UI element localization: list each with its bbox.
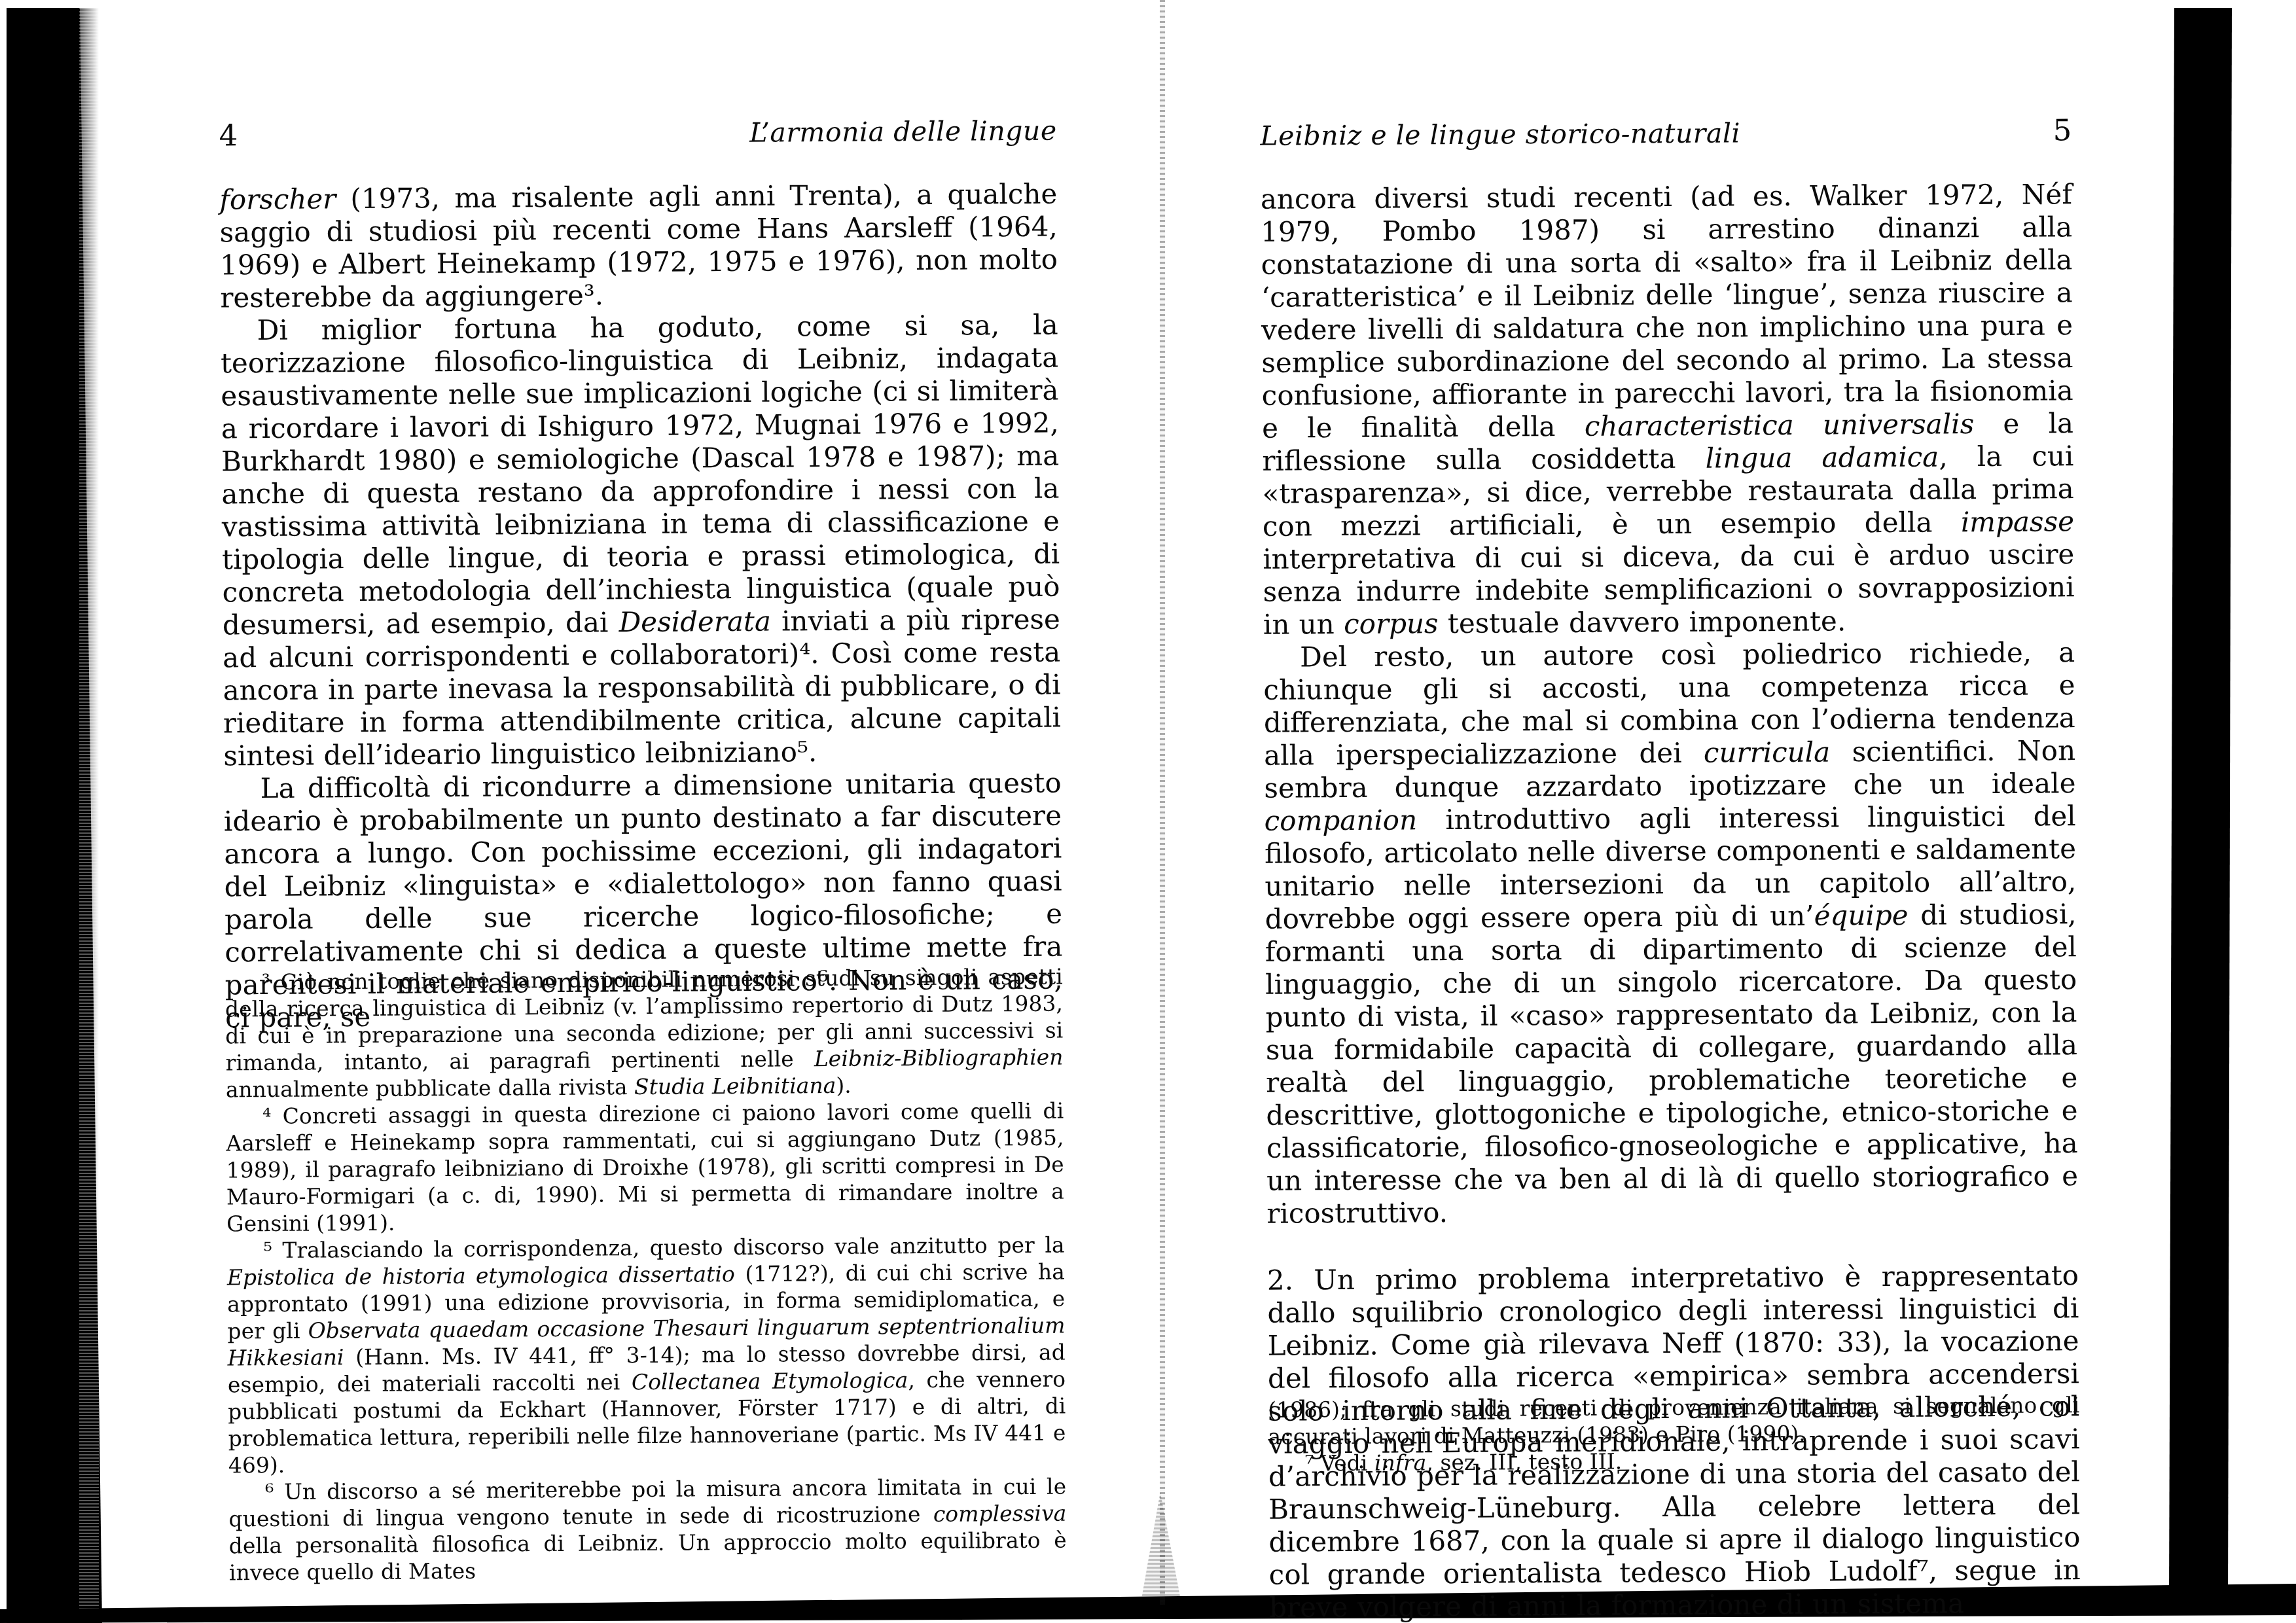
scanned-book-spread: 4 L’armonia delle lingue forscher (1973,… <box>0 0 2296 1623</box>
right-page: Leibniz e le lingue storico-naturali 5 a… <box>1259 0 2081 1586</box>
right-running-head: Leibniz e le lingue storico-naturali 5 <box>1260 113 2072 152</box>
left-footnotes: ³ Ciò non toglie che siano disponibili n… <box>225 963 1067 1586</box>
left-running-title: L’armonia delle lingue <box>749 115 1057 149</box>
book-gutter-shadow <box>1160 0 1165 1605</box>
body-paragraph: Di miglior fortuna ha goduto, come si sa… <box>221 309 1062 773</box>
body-paragraph: forscher (1973, ma risalente agli anni T… <box>219 178 1058 315</box>
footnote: ⁴ Concreti assaggi in questa direzione c… <box>226 1097 1064 1238</box>
body-paragraph: Del resto, un autore così poliedrico ric… <box>1263 636 2078 1230</box>
scan-edge-left-dither <box>79 8 99 1618</box>
footnote: ³ Ciò non toglie che siano disponibili n… <box>225 963 1064 1103</box>
right-running-title: Leibniz e le lingue storico-naturali <box>1260 117 1740 151</box>
left-body-text: forscher (1973, ma risalente agli anni T… <box>219 178 1063 1035</box>
left-running-head: 4 L’armonia delle lingue <box>219 113 1056 153</box>
footnote: ⁶ Un discorso a sé meriterebbe poi la mi… <box>228 1473 1067 1586</box>
right-footnotes: (1986); fra gli studi recenti di proveni… <box>1268 1391 2080 1477</box>
footnote: ⁷ Vedi infra, sez. III, testo III. <box>1268 1445 2080 1477</box>
footnote: ⁵ Tralasciando la corrispondenza, questo… <box>226 1232 1066 1479</box>
footnote: (1986); fra gli studi recenti di proveni… <box>1268 1391 2079 1450</box>
body-paragraph: ancora diversi studi recenti (ad es. Wal… <box>1261 178 2075 641</box>
left-page: 4 L’armonia delle lingue forscher (1973,… <box>218 0 1067 1586</box>
left-page-number: 4 <box>219 118 238 152</box>
right-page-number: 5 <box>2053 113 2072 147</box>
book-gutter-shadow-wedge <box>1140 1492 1182 1607</box>
